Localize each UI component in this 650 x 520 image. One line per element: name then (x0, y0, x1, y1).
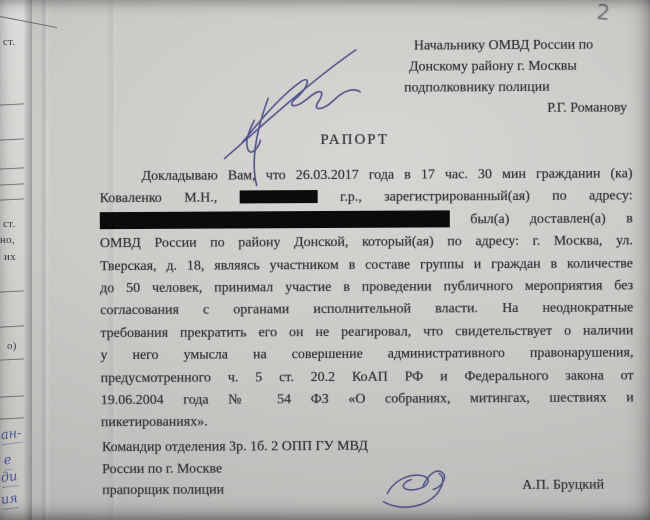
recipient-line: подполковнику полиции (404, 76, 627, 98)
signature-ink-bottom (377, 459, 453, 511)
signer-position-line: Командир отделения 3р. 1б. 2 ОПП ГУ МВД (102, 436, 368, 459)
body-line: 19.06.2004 года № 54 ФЗ «О собраниях, ми… (101, 387, 634, 412)
recipient-block: Начальнику ОМВД России по Донскому район… (404, 34, 627, 119)
redaction-bar (240, 190, 318, 203)
signer-rank: прапорщик полиции (102, 479, 368, 502)
report-page: 2 Начальнику ОМВД России по Донскому рай… (0, 0, 650, 520)
recipient-line: Донскому району г. Москвы (409, 55, 627, 77)
body-line: предусмотренного ч. 5 ст. 20.2 КоАП РФ и… (101, 365, 634, 390)
officer-name: А.П. Бруцкий (522, 478, 604, 494)
signer-position-line: России по г. Москве (102, 457, 368, 480)
body-line: Тверская, д. 18, являясь участником в со… (100, 253, 633, 278)
body-line: согласования с органами исполнительной в… (100, 298, 633, 323)
recipient-line: Начальнику ОМВД России по (414, 34, 627, 56)
page-number: 2 (596, 0, 612, 25)
report-body: Докладываю Вам, что 26.03.2017 года в 17… (100, 163, 634, 434)
report-title: РАПОРТ (320, 132, 389, 149)
body-line: до 50 человек, принимал участие в провед… (100, 275, 633, 300)
body-line: был(а) доставлен(а) в (100, 208, 633, 233)
recipient-name: Р.Г. Романову (547, 97, 627, 118)
body-line: требования прекратить его он не реагиров… (100, 320, 633, 345)
document-photo: ст. ст. но, их о) ан- е ди ия 2 Начальни… (0, 0, 650, 520)
body-line: Докладываю Вам, что 26.03.2017 года в 17… (100, 163, 633, 188)
signature-block: Командир отделения 3р. 1б. 2 ОПП ГУ МВД … (102, 436, 368, 502)
redaction-bar (100, 210, 450, 229)
body-line: ОМВД России по району Донской, который(а… (100, 231, 633, 256)
body-line: Коваленко М.Н., г.р., зарегистрированный… (100, 186, 633, 211)
body-line: у него умысла на совершение администрати… (100, 343, 633, 368)
body-line: пикетированиях». (101, 410, 634, 435)
